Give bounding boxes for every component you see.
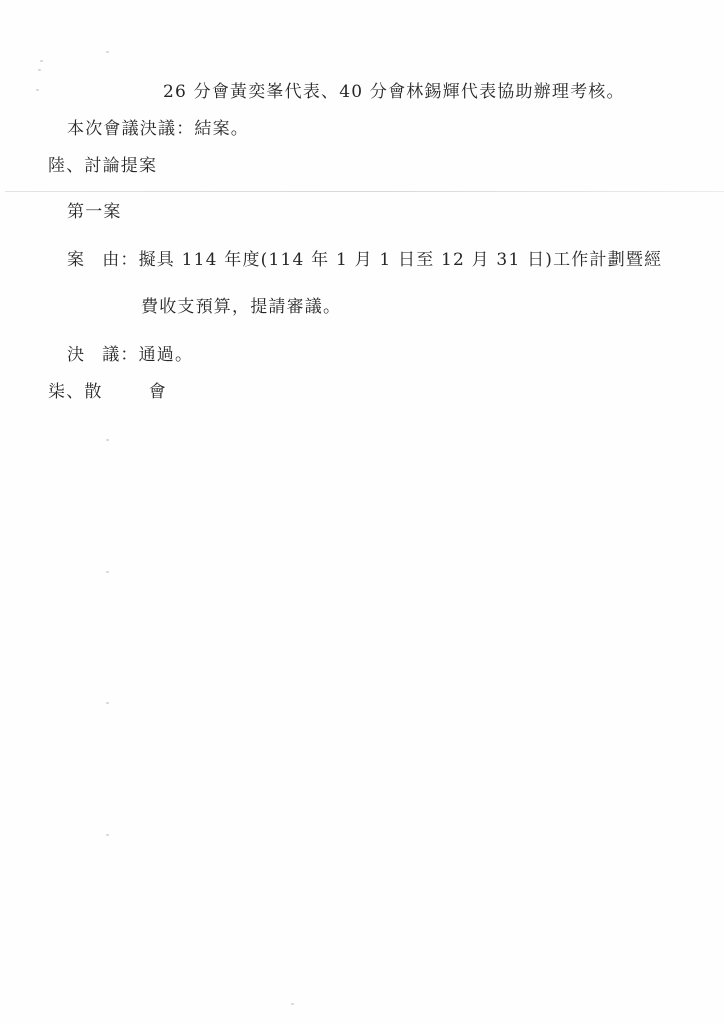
carryover-text-line: 26 分會黃奕峯代表、40 分會林錫輝代表協助辦理考核。 bbox=[163, 81, 625, 103]
scan-artifact bbox=[106, 439, 109, 441]
reason-text: 由：擬具 114 年度(114 年 1 月 1 日至 12 月 31 日)工作計… bbox=[102, 250, 662, 270]
proposal-title: 第一案 bbox=[67, 201, 122, 223]
resolution-text: 議：通過。 bbox=[102, 345, 193, 365]
adjourn-heading-part2: 會 bbox=[149, 382, 167, 402]
scan-line-divider bbox=[5, 191, 724, 192]
scan-artifact bbox=[38, 69, 41, 71]
scan-artifact bbox=[106, 571, 109, 573]
adjourn-heading-part1: 柒、散 bbox=[48, 382, 103, 402]
proposal-resolution-line: 決議：通過。 bbox=[67, 344, 193, 366]
resolution-label-first-char: 決 bbox=[67, 345, 85, 365]
scan-artifact bbox=[291, 1003, 294, 1005]
reason-label-first-char: 案 bbox=[67, 250, 85, 270]
scan-artifact bbox=[106, 702, 109, 704]
section-heading-adjourn: 柒、散會 bbox=[48, 381, 167, 403]
proposal-reason-continuation: 費收支預算，提請審議。 bbox=[141, 296, 341, 318]
document-page: 26 分會黃奕峯代表、40 分會林錫輝代表協助辦理考核。 本次會議決議：結案。 … bbox=[0, 0, 724, 1024]
scan-artifact bbox=[106, 834, 109, 836]
scan-artifact bbox=[36, 89, 39, 91]
scan-artifact bbox=[40, 60, 43, 62]
section-heading-discussion: 陸、討論提案 bbox=[48, 155, 157, 177]
proposal-reason-line: 案由：擬具 114 年度(114 年 1 月 1 日至 12 月 31 日)工作… bbox=[67, 249, 662, 271]
scan-artifact bbox=[106, 51, 109, 53]
resolution-closed-line: 本次會議決議：結案。 bbox=[67, 118, 249, 140]
